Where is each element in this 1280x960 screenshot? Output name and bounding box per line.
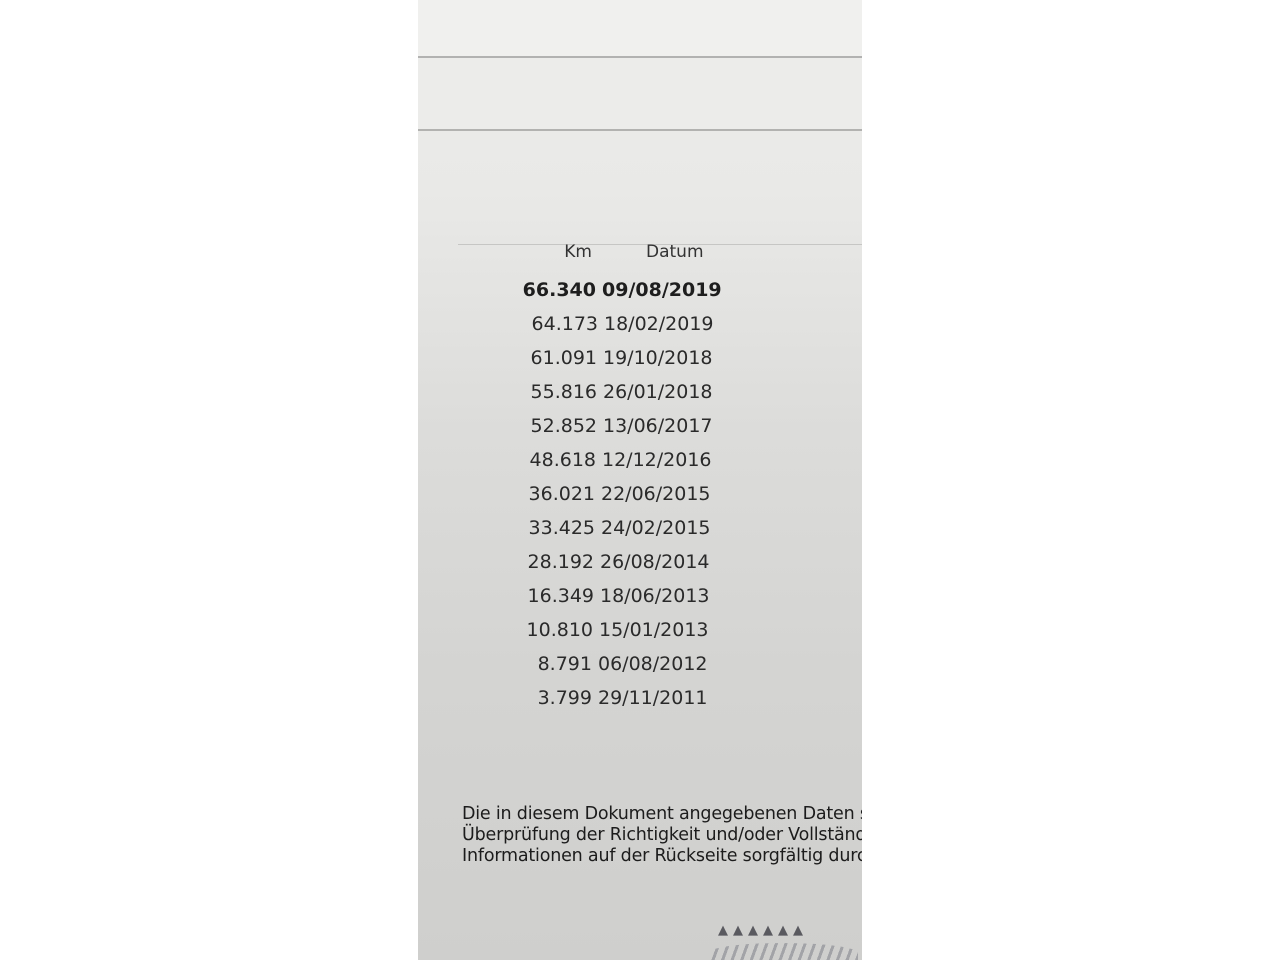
paper-edge xyxy=(418,56,862,58)
official-seal-icon: ▲▲▲▲▲▲ xyxy=(708,915,862,960)
km-value: 16.349 xyxy=(528,585,594,607)
table-row: 61.09119/10/2018 xyxy=(519,347,729,375)
km-value: 10.810 xyxy=(527,619,593,641)
km-value: 66.340 xyxy=(523,279,596,301)
date-value: 19/10/2018 xyxy=(603,347,713,369)
paper-sheet-middle xyxy=(418,58,862,129)
date-value: 24/02/2015 xyxy=(601,517,711,539)
km-value: 8.791 xyxy=(538,653,592,675)
column-header-km: Km xyxy=(564,242,592,262)
table-row: 33.42524/02/2015 xyxy=(517,517,727,545)
paper-edge xyxy=(418,129,862,131)
table-row: 8.79106/08/2012 xyxy=(514,653,724,681)
disclaimer-line: Informationen auf der Rückseite sorgfält… xyxy=(462,846,862,867)
disclaimer-text: Die in diesem Dokument angegebenen Daten… xyxy=(462,804,862,867)
date-value: 13/06/2017 xyxy=(603,415,713,437)
date-value: 12/12/2016 xyxy=(602,449,712,471)
table-row: 55.81626/01/2018 xyxy=(519,381,729,409)
column-header-date: Datum xyxy=(646,242,704,262)
km-value: 33.425 xyxy=(529,517,595,539)
table-row: 36.02122/06/2015 xyxy=(517,483,727,511)
km-value: 55.816 xyxy=(531,381,597,403)
date-value: 06/08/2012 xyxy=(598,653,708,675)
table-header: Km Datum xyxy=(518,242,718,266)
km-value: 48.618 xyxy=(530,449,596,471)
table-row: 28.19226/08/2014 xyxy=(516,551,726,579)
table-row: 16.34918/06/2013 xyxy=(516,585,726,613)
km-value: 64.173 xyxy=(532,313,598,335)
km-value: 52.852 xyxy=(531,415,597,437)
km-value: 28.192 xyxy=(528,551,594,573)
km-value: 61.091 xyxy=(531,347,597,369)
date-value: 15/01/2013 xyxy=(599,619,709,641)
date-value: 26/01/2018 xyxy=(603,381,713,403)
table-row: 10.81015/01/2013 xyxy=(515,619,725,647)
date-value: 22/06/2015 xyxy=(601,483,711,505)
date-value: 26/08/2014 xyxy=(600,551,710,573)
table-row: 52.85213/06/2017 xyxy=(519,415,729,443)
disclaimer-line: Überprüfung der Richtigkeit und/oder Vol… xyxy=(462,825,862,846)
km-value: 36.021 xyxy=(529,483,595,505)
table-row: 64.17318/02/2019 xyxy=(520,313,730,341)
date-value: 18/06/2013 xyxy=(600,585,710,607)
table-row: 66.34009/08/2019 xyxy=(518,279,728,307)
table-row: 3.79929/11/2011 xyxy=(514,687,724,715)
date-value: 18/02/2019 xyxy=(604,313,714,335)
disclaimer-line: Die in diesem Dokument angegebenen Daten… xyxy=(462,804,862,825)
table-row: 48.61812/12/2016 xyxy=(518,449,728,477)
km-value: 3.799 xyxy=(538,687,592,709)
document-photo: Km Datum 66.34009/08/201964.17318/02/201… xyxy=(418,0,862,960)
paper-sheet-top xyxy=(418,0,862,56)
date-value: 09/08/2019 xyxy=(602,279,722,301)
date-value: 29/11/2011 xyxy=(598,687,708,709)
